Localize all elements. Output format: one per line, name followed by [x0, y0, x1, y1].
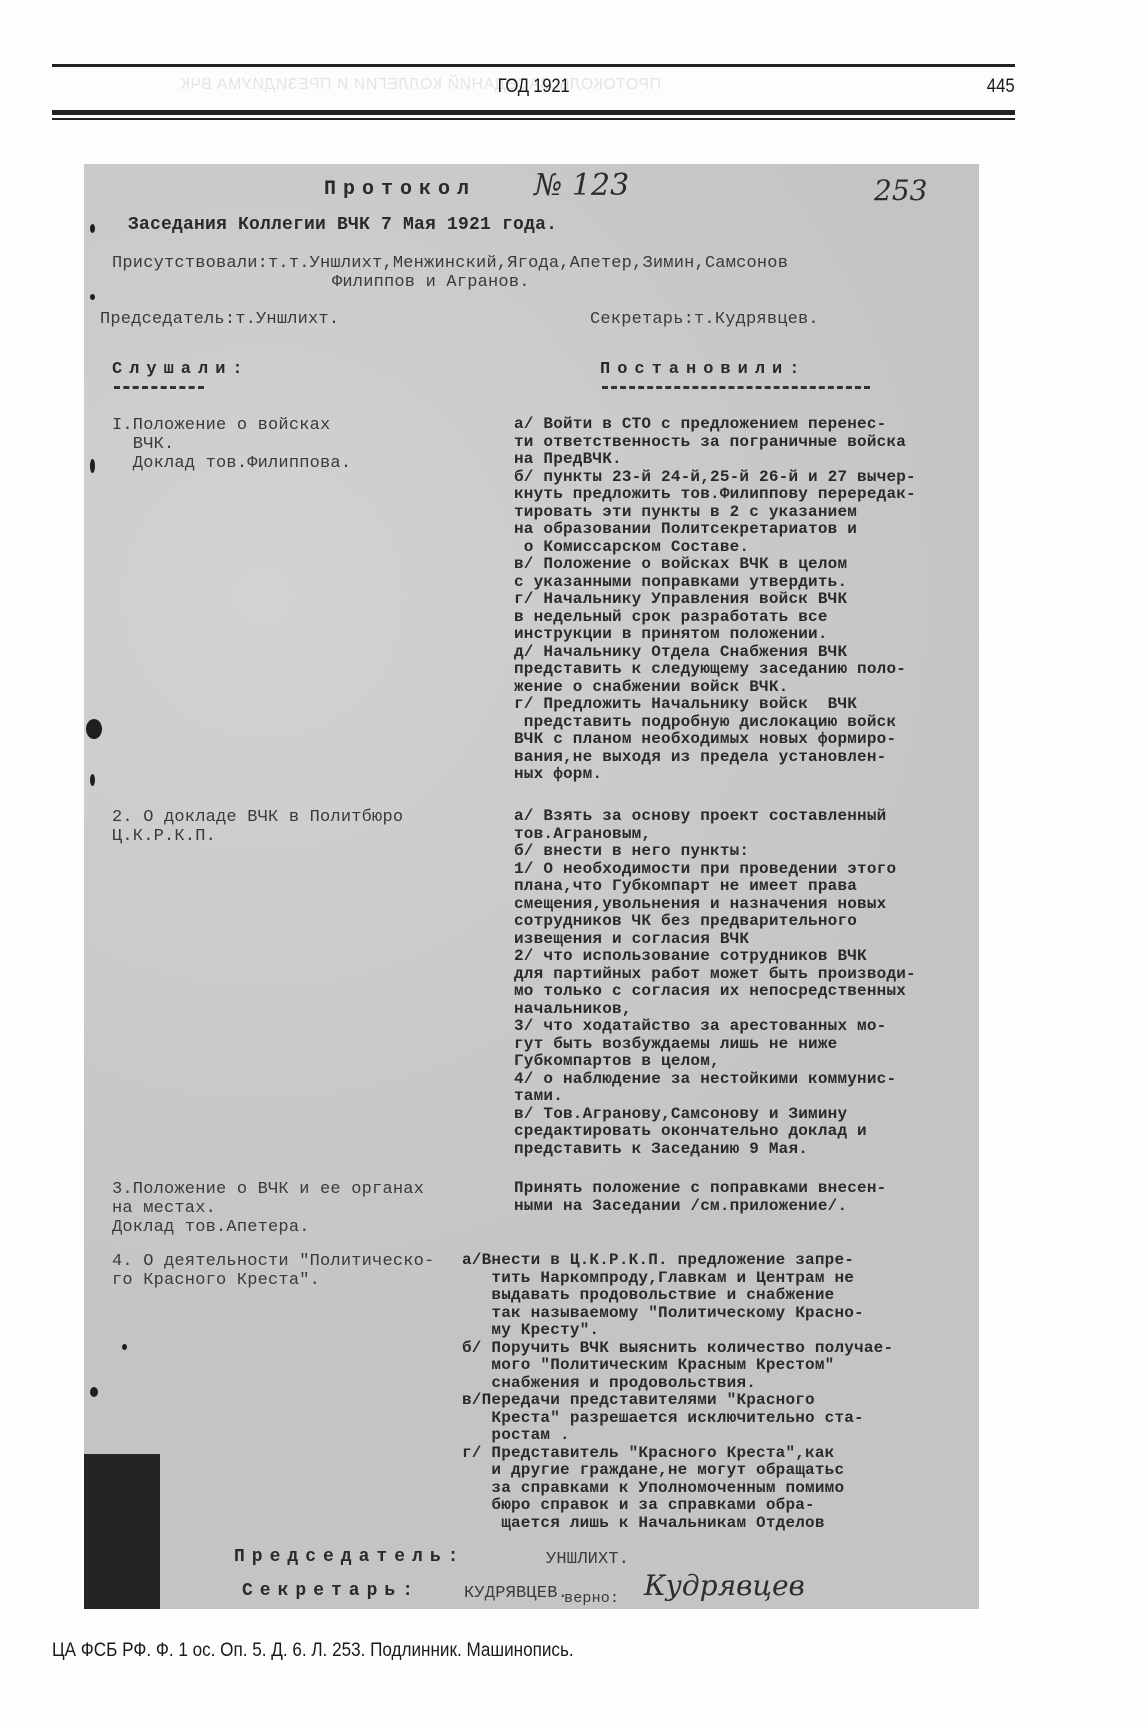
- present-line-1: Присутствовали:т.т.Уншлихт,Менжинский,Яг…: [112, 254, 788, 273]
- margin-mark: [122, 1344, 127, 1350]
- header-rule-top: [52, 64, 1015, 67]
- margin-mark: [90, 294, 95, 300]
- resolved-underline: [602, 386, 870, 389]
- item-resolved: а/ Взять за основу проект составленный т…: [514, 808, 916, 1158]
- archive-caption: ЦА ФСБ РФ. Ф. 1 ос. Оп. 5. Д. 6. Л. 253.…: [52, 1640, 574, 1662]
- signature-secretary-label: Секретарь:: [242, 1582, 420, 1601]
- header-rule-thick: [52, 110, 1015, 115]
- resolved-header: Постановили:: [600, 360, 806, 379]
- document-title: Протокол: [324, 180, 476, 199]
- page-number: 445: [987, 76, 1015, 98]
- handwritten-number: № 123: [534, 168, 629, 203]
- item-heard: 2. О докладе ВЧК в Политбюро Ц.К.Р.К.П.: [112, 808, 403, 846]
- handwritten-signature: Кудрявцев: [644, 1569, 805, 1602]
- margin-mark: [90, 1387, 98, 1397]
- signature-chairman-name: УНШЛИХТ.: [546, 1550, 629, 1569]
- margin-mark: [90, 459, 95, 473]
- item-resolved: Принять положение с поправками внесен- н…: [514, 1180, 886, 1215]
- running-head-title: ГОД 1921: [110, 76, 957, 98]
- signature-secretary-name: КУДРЯВЦЕВ.: [464, 1584, 568, 1603]
- margin-mark: [90, 224, 95, 233]
- header-rule-thin: [52, 118, 1015, 120]
- secretary-line: Секретарь:т.Кудрявцев.: [590, 310, 819, 329]
- item-resolved: а/ Войти в СТО с предложением перенес- т…: [514, 416, 916, 784]
- heard-header: Слушали:: [112, 360, 250, 379]
- heard-underline: [114, 386, 204, 389]
- signature-chairman-label: Председатель:: [234, 1548, 465, 1567]
- document-scan: Протокол № 123 253 Заседания Коллегии ВЧ…: [84, 164, 979, 1609]
- document-subtitle: Заседания Коллегии ВЧК 7 Мая 1921 года.: [128, 216, 557, 235]
- item-heard: 4. О деятельности "Политическо- го Красн…: [112, 1252, 434, 1290]
- present-line-2: Филиппов и Агранов.: [332, 273, 530, 292]
- scan-black-edge: [84, 1454, 160, 1609]
- folio-number: 253: [874, 174, 927, 207]
- running-head: ГОД 1921 445: [52, 76, 1015, 102]
- item-resolved: а/Внести в Ц.К.Р.К.П. предложение запре-…: [462, 1252, 893, 1532]
- item-heard: 3.Положение о ВЧК и ее органах на местах…: [112, 1180, 424, 1237]
- verified-label: верно:: [564, 1589, 619, 1608]
- item-heard: I.Положение о войсках ВЧК. Доклад тов.Фи…: [112, 416, 351, 473]
- margin-mark: [90, 774, 95, 786]
- punch-hole: [86, 719, 102, 739]
- chairman-line: Председатель:т.Уншлихт.: [100, 310, 339, 329]
